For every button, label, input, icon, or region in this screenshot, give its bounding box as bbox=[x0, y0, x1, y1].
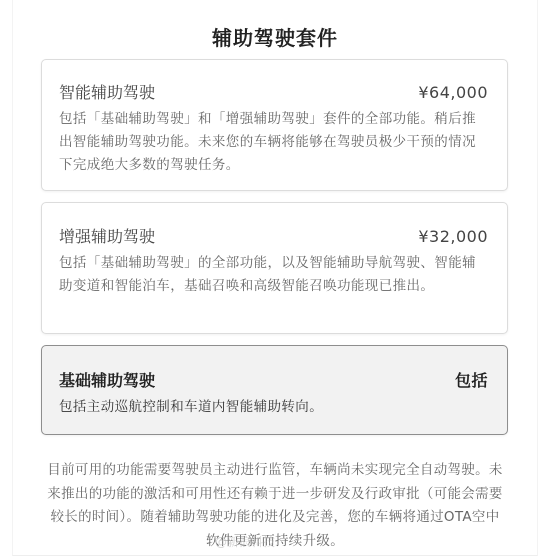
card-header: 增强辅助驾驶 ¥32,000 bbox=[59, 224, 488, 247]
package-description: 包括「基础辅助驾驶」的全部功能，以及智能辅助导航驾驶、智能辅助变道和智能泊车，基… bbox=[59, 252, 488, 298]
watermark: @新浪科技 bbox=[215, 533, 275, 550]
package-name: 增强辅助驾驶 bbox=[59, 224, 155, 247]
card-header: 智能辅助驾驶 ¥64,000 bbox=[59, 80, 488, 103]
package-card-full-self-driving[interactable]: 智能辅助驾驶 ¥64,000 包括「基础辅助驾驶」和「增强辅助驾驶」套件的全部功… bbox=[41, 59, 508, 191]
package-card-enhanced-autopilot[interactable]: 增强辅助驾驶 ¥32,000 包括「基础辅助驾驶」的全部功能，以及智能辅助导航驾… bbox=[41, 202, 508, 334]
package-name: 基础辅助驾驶 bbox=[59, 368, 155, 391]
package-card-basic-autopilot[interactable]: 基础辅助驾驶 包括 包括主动巡航控制和车道内智能辅助转向。 bbox=[41, 345, 508, 435]
card-header: 基础辅助驾驶 包括 bbox=[59, 368, 488, 391]
package-name: 智能辅助驾驶 bbox=[59, 80, 155, 103]
page-title: 辅助驾驶套件 bbox=[0, 22, 550, 51]
package-included-label: 包括 bbox=[455, 368, 488, 391]
package-price: ¥64,000 bbox=[418, 83, 488, 102]
package-description: 包括「基础辅助驾驶」和「增强辅助驾驶」套件的全部功能。稍后推出智能辅助驾驶功能。… bbox=[59, 108, 488, 177]
package-price: ¥32,000 bbox=[418, 227, 488, 246]
package-description: 包括主动巡航控制和车道内智能辅助转向。 bbox=[59, 396, 488, 419]
